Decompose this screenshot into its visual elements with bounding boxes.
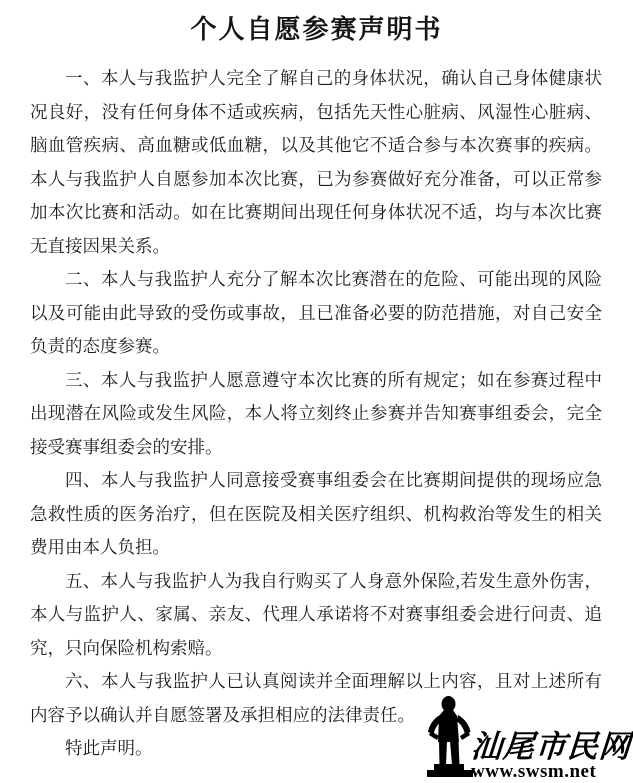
- watermark-text-block: 汕尾市民网 www.swsm.net: [471, 732, 631, 782]
- person-silhouette-icon: [425, 696, 475, 782]
- site-watermark: 汕尾市民网 www.swsm.net: [425, 696, 631, 782]
- declaration-document-page: 个人自愿参赛声明书 一、本人与我监护人完全了解自己的身体状况，确认自己身体健康状…: [0, 0, 633, 783]
- clause-5-paragraph: 五、本人与我监护人为我自行购买了人身意外保险,若发生意外伤害，本人与监护人、家属…: [30, 565, 602, 666]
- document-body: 一、本人与我监护人完全了解自己的身体状况，确认自己身体健康状况良好，没有任何身体…: [30, 62, 602, 766]
- clause-3-paragraph: 三、本人与我监护人愿意遵守本次比赛的所有规定；如在参赛过程中出现潜在风险或发生风…: [30, 364, 602, 465]
- clause-4-paragraph: 四、本人与我监护人同意接受赛事组委会在比赛期间提供的现场应急急救性质的医务治疗，…: [30, 464, 602, 565]
- watermark-site-url: www.swsm.net: [471, 762, 596, 781]
- clause-2-paragraph: 二、本人与我监护人充分了解本次比赛潜在的危险、可能出现的风险以及可能由此导致的受…: [30, 263, 602, 364]
- watermark-site-name: 汕尾市民网: [470, 732, 632, 762]
- document-title: 个人自愿参赛声明书: [0, 0, 633, 47]
- clause-1-paragraph: 一、本人与我监护人完全了解自己的身体状况，确认自己身体健康状况良好，没有任何身体…: [30, 62, 602, 263]
